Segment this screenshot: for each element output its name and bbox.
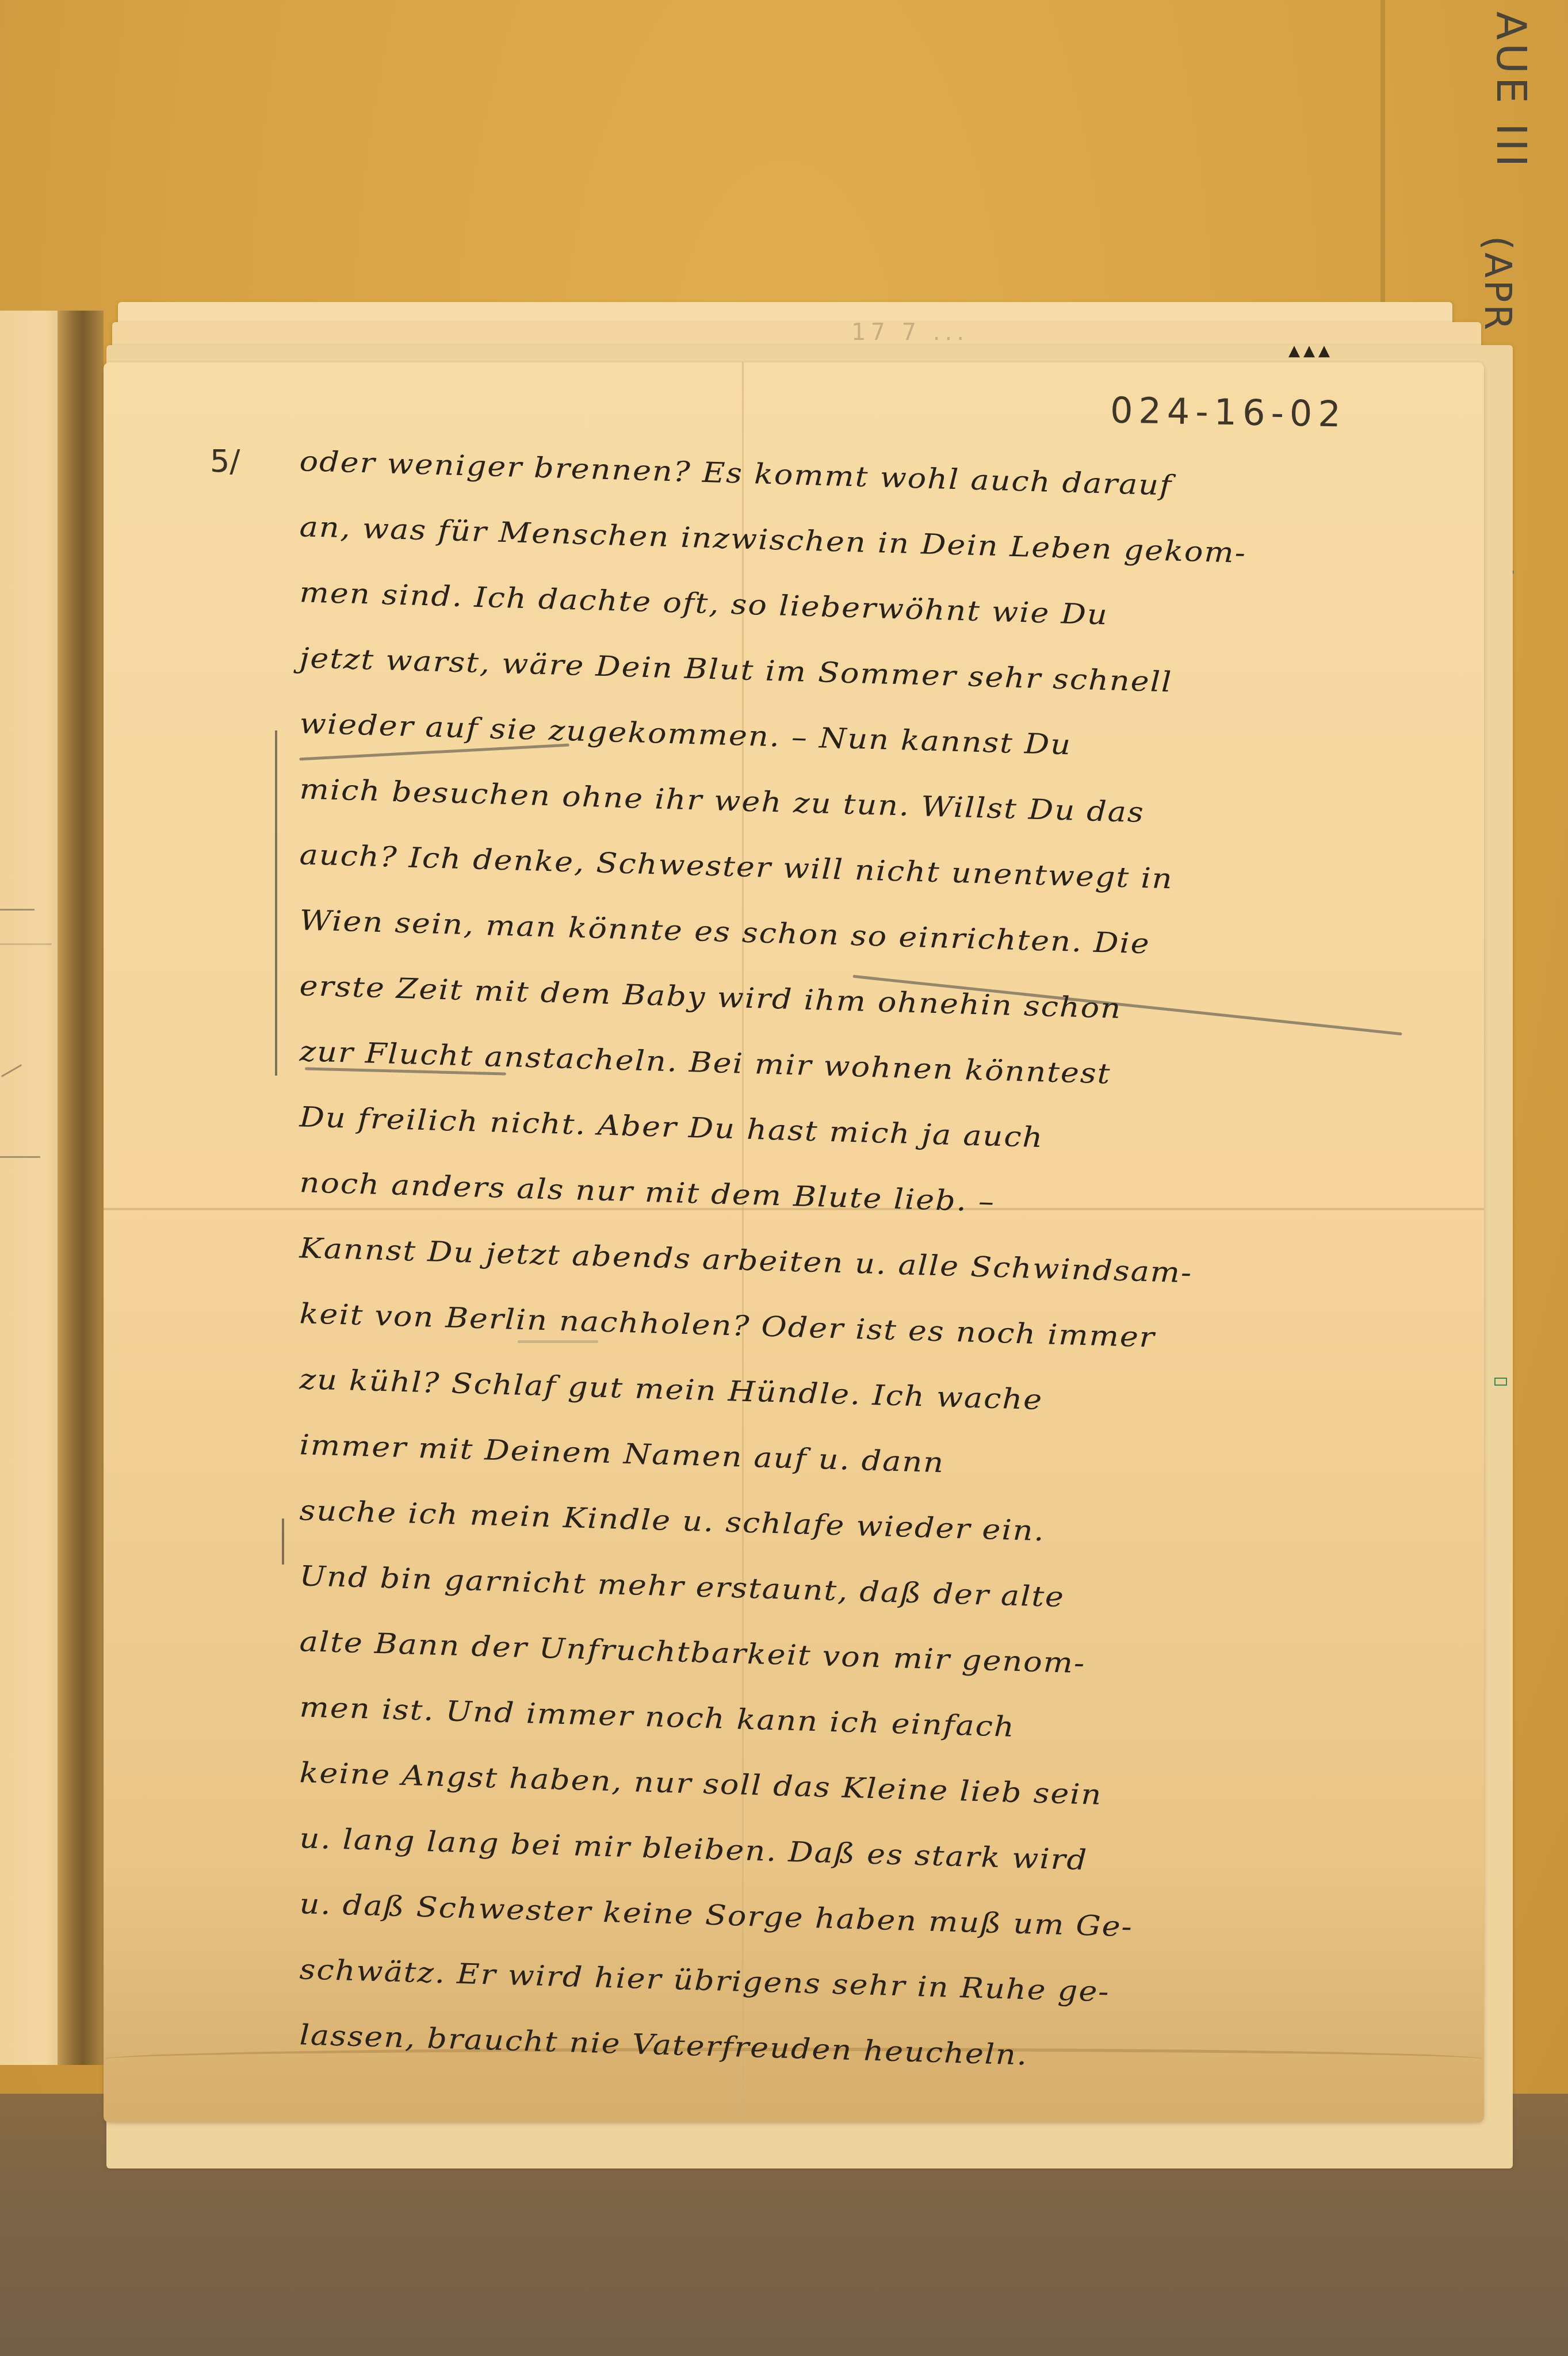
faint-header-text: 17 7 ... — [851, 319, 969, 346]
scribble-mark — [0, 1156, 40, 1158]
folder-label-main: AUE III — [1487, 12, 1536, 170]
margin-bracket-line — [275, 730, 277, 1076]
letter-body: oder weniger brennen? Es kommt wohl auch… — [299, 443, 1450, 2082]
stamp-marks: ▲▲▲ — [1288, 342, 1333, 359]
binding-gutter — [58, 311, 104, 2065]
scribble-mark — [0, 943, 52, 945]
margin-bracket-line — [282, 1519, 284, 1565]
archive-number: 024-16-02 — [1110, 389, 1347, 435]
scribble-mark — [1, 1064, 22, 1077]
green-tab-mark — [1494, 1378, 1507, 1386]
page-marker: 5/ — [210, 443, 240, 479]
scribble-mark — [0, 909, 35, 911]
adjacent-page-stack — [0, 311, 65, 2065]
